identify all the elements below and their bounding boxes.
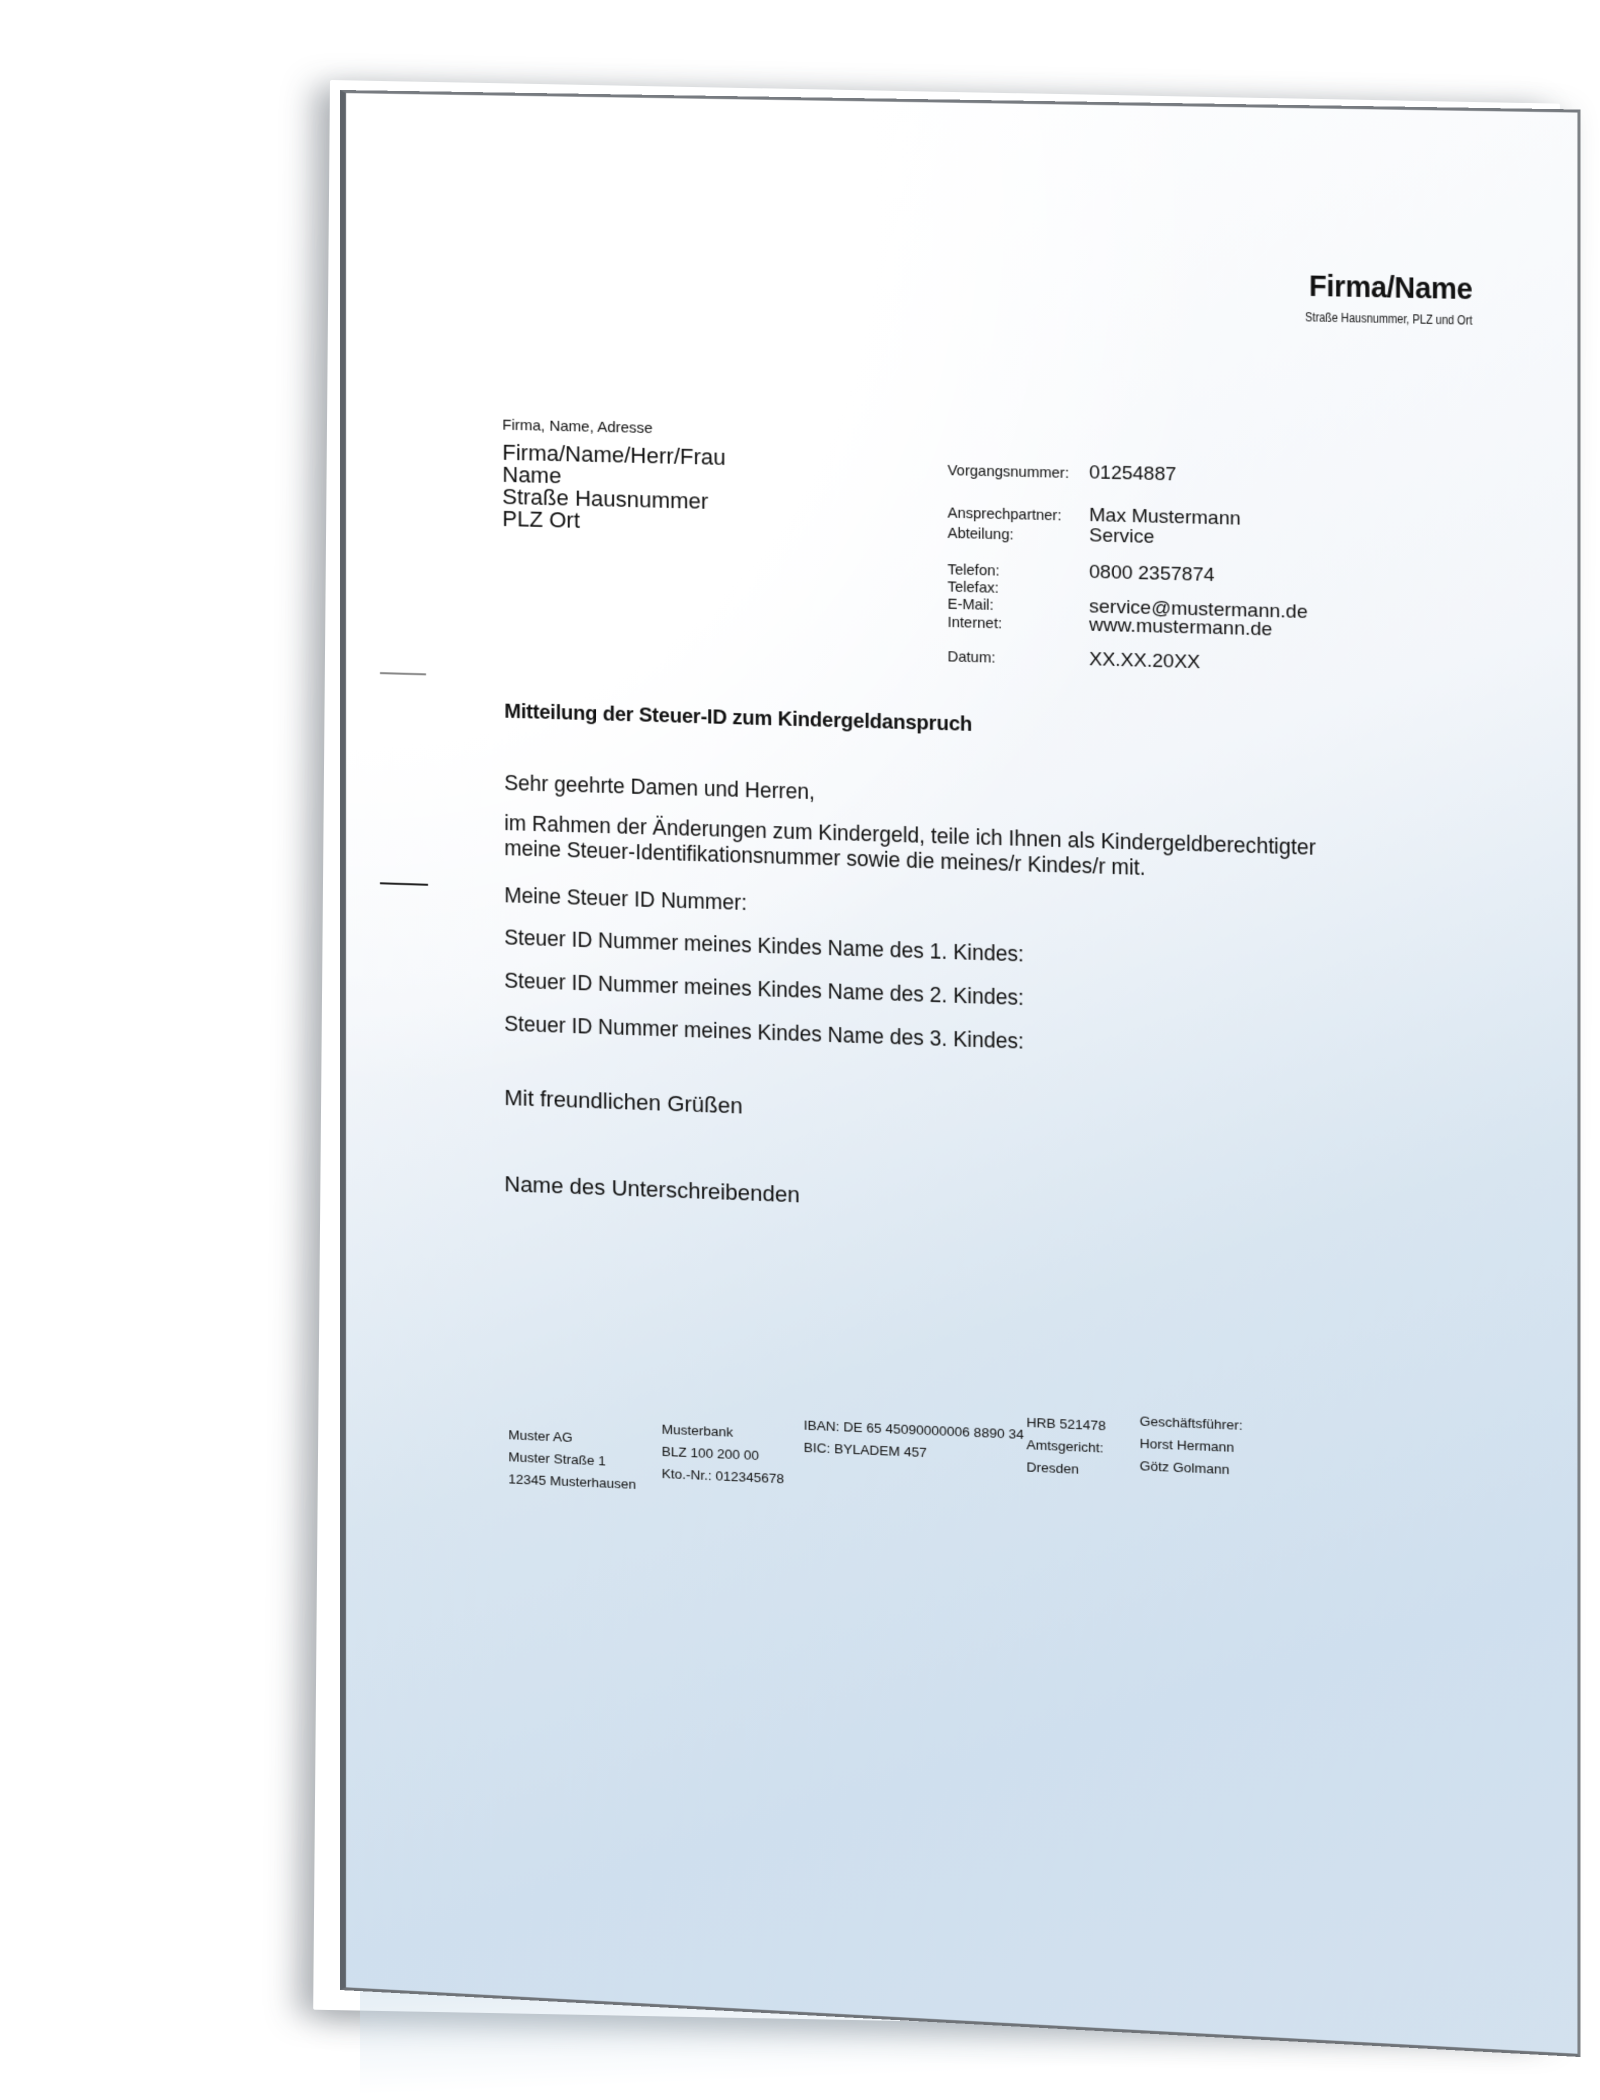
letter-closing: Mit freundlichen Grüßen <box>504 1085 742 1120</box>
document-preview: Firma/Name Straße Hausnummer, PLZ und Or… <box>0 0 1600 2100</box>
signatory-name: Name des Unterschreibenden <box>504 1171 800 1208</box>
own-tax-id-line: Meine Steuer ID Nummer: <box>504 882 747 916</box>
footer-line: 12345 Musterhausen <box>508 1468 636 1496</box>
info-label: Abteilung: <box>948 526 1090 546</box>
info-value: 01254887 <box>1089 462 1176 485</box>
reference-info-block: Vorgangsnummer:01254887 Ansprechpartner:… <box>948 459 1381 469</box>
footer-register: HRB 521478 Amtsgericht: Dresden <box>1026 1412 1105 1482</box>
recipient-address: Firma/Name/Herr/Frau Name Straße Hausnum… <box>502 442 725 536</box>
letter-subject: Mitteilung der Steuer-ID zum Kindergelda… <box>504 700 972 737</box>
footer-line: Kto.-Nr.: 012345678 <box>662 1463 785 1490</box>
info-value: www.mustermann.de <box>1089 614 1272 640</box>
info-value: 0800 2357874 <box>1089 562 1214 586</box>
info-value: XX.XX.20XX <box>1089 649 1200 673</box>
info-row-vorgangsnummer: Vorgangsnummer:01254887 <box>948 459 1177 487</box>
child-2-tax-id-line: Steuer ID Nummer meines Kindes Name des … <box>504 967 1024 1011</box>
footer-iban: IBAN: DE 65 45090000006 8890 34 BIC: BYL… <box>804 1414 1024 1468</box>
footer-bank: Musterbank BLZ 100 200 00 Kto.-Nr.: 0123… <box>662 1419 785 1491</box>
child-3-tax-id-line: Steuer ID Nummer meines Kindes Name des … <box>504 1011 1024 1055</box>
info-value: Service <box>1089 525 1154 548</box>
footer-line: Dresden <box>1026 1456 1105 1482</box>
info-label: Datum: <box>948 649 1090 669</box>
footer-company: Muster AG Muster Straße 1 12345 Musterha… <box>508 1424 636 1496</box>
letterhead-company-address: Straße Hausnummer, PLZ und Ort <box>1305 310 1472 328</box>
punch-mark <box>380 882 428 886</box>
info-row-abteilung: Abteilung:Service <box>948 522 1155 549</box>
letterhead-company-name: Firma/Name <box>1309 269 1472 307</box>
child-1-tax-id-line: Steuer ID Nummer meines Kindes Name des … <box>504 924 1024 967</box>
fold-mark <box>380 672 426 675</box>
letter-page: Firma/Name Straße Hausnummer, PLZ und Or… <box>340 90 1581 2057</box>
info-label: Vorgangsnummer: <box>948 463 1090 482</box>
letter-salutation: Sehr geehrte Damen und Herren, <box>504 770 814 805</box>
footer-management: Geschäftsführer: Horst Hermann Götz Golm… <box>1140 1410 1243 1481</box>
letter-paragraph: im Rahmen der Änderungen zum Kindergeld,… <box>504 810 1316 885</box>
info-label: Internet: <box>948 615 1090 635</box>
footer-line: Götz Golmann <box>1140 1455 1243 1482</box>
info-row-datum: Datum:XX.XX.20XX <box>948 645 1201 674</box>
sender-return-line: Firma, Name, Adresse <box>502 417 652 437</box>
